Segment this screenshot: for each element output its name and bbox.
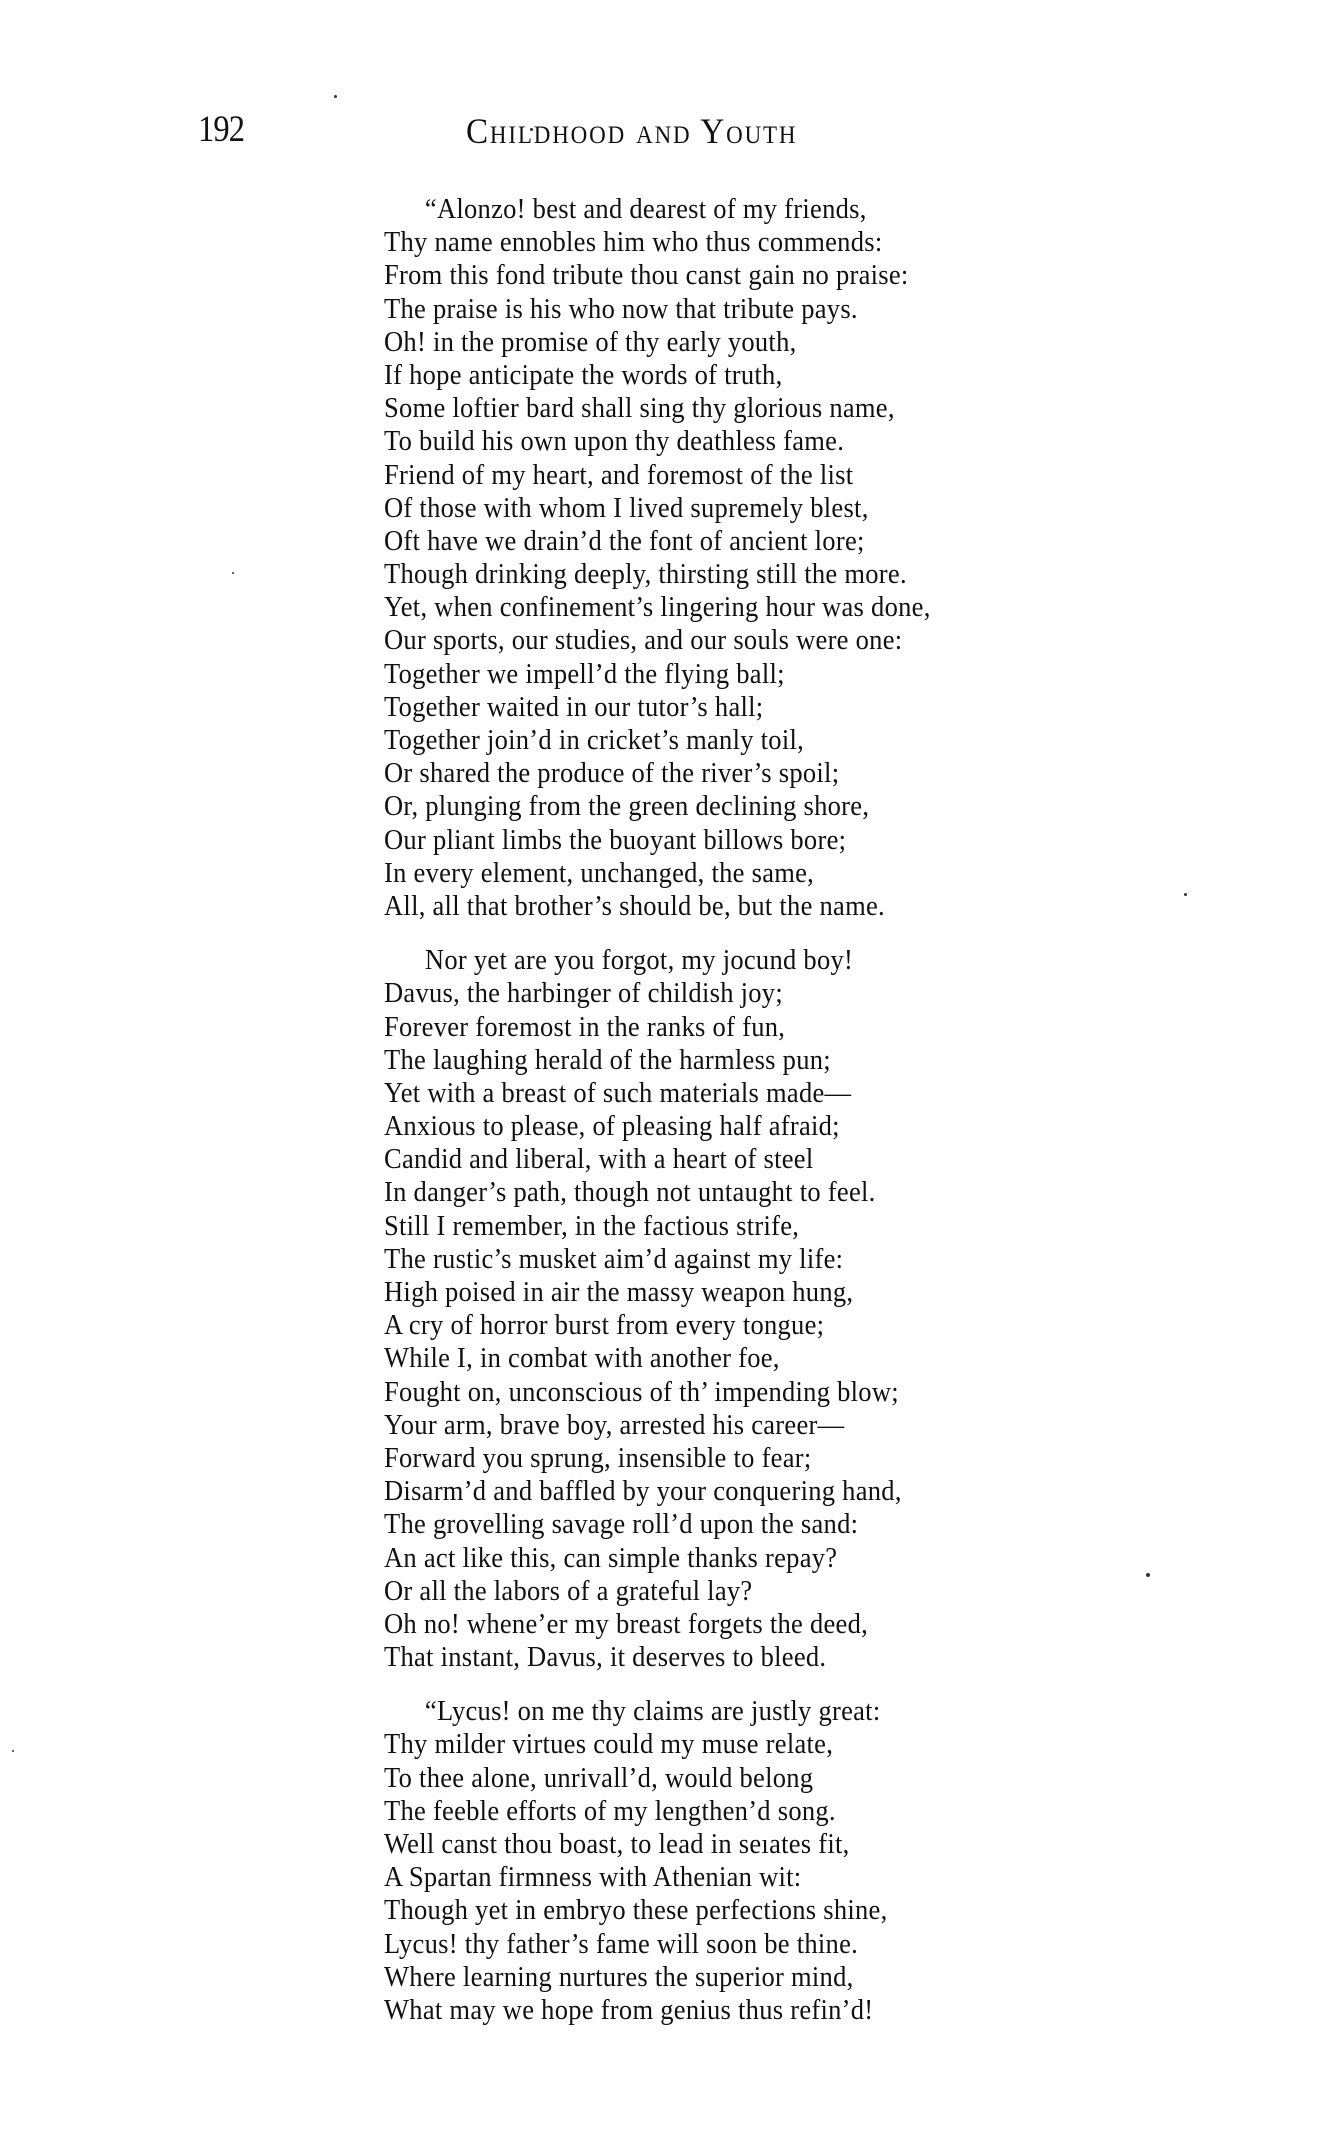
poem-line: The feeble efforts of my lengthen’d song… [384, 1795, 1091, 1828]
poem-line: An act like this, can simple thanks repa… [384, 1542, 1091, 1575]
poem-line: Your arm, brave boy, arrested his career… [384, 1409, 1091, 1442]
poem-line: Our sports, our studies, and our souls w… [384, 624, 1091, 657]
poem-line: Anxious to please, of pleasing half afra… [384, 1110, 1091, 1143]
poem-line: Thy name ennobles him who thus commends: [384, 226, 1091, 259]
poem-line: All, all that brother’s should be, but t… [384, 890, 1091, 923]
running-title: Childhood and Youth [466, 110, 797, 152]
poem-line: What may we hope from genius thus refin’… [384, 1994, 1091, 2027]
poem-line: The grovelling savage roll’d upon the sa… [384, 1508, 1091, 1541]
poem-line: That instant, Davus, it deserves to blee… [384, 1641, 1091, 1674]
poem-line: Oft have we drain’d the font of ancient … [384, 525, 1091, 558]
poem-line: Nor yet are you forgot, my jocund boy! [384, 944, 1091, 977]
poem-line: Yet, when confinement’s lingering hour w… [384, 591, 1091, 624]
poem-line: In danger’s path, though not untaught to… [384, 1176, 1091, 1209]
poem-line: While I, in combat with another foe, [384, 1342, 1091, 1375]
poem-line: Still I remember, in the factious strife… [384, 1210, 1091, 1243]
poem-line: Davus, the harbinger of childish joy; [384, 977, 1091, 1010]
page-number: 192 [198, 108, 244, 151]
poem-line: To thee alone, unrivall’d, would belong [384, 1762, 1091, 1795]
poem-line: Lycus! thy father’s fame will soon be th… [384, 1928, 1091, 1961]
poem-body: “Alonzo! best and dearest of my friends,… [384, 193, 1144, 2048]
poem-line: Yet with a breast of such materials made… [384, 1077, 1091, 1110]
stanza-2: Nor yet are you forgot, my jocund boy!Da… [384, 944, 1144, 1674]
poem-line: Or shared the produce of the river’s spo… [384, 757, 1091, 790]
poem-line: Forever foremost in the ranks of fun, [384, 1011, 1091, 1044]
poem-line: Candid and liberal, with a heart of stee… [384, 1143, 1091, 1176]
poem-line: Fought on, unconscious of th’ impending … [384, 1376, 1091, 1409]
poem-line: Where learning nurtures the superior min… [384, 1961, 1091, 1994]
stanza-1: “Alonzo! best and dearest of my friends,… [384, 193, 1144, 923]
poem-line: Forward you sprung, insensible to fear; [384, 1442, 1091, 1475]
poem-line: Though yet in embryo these perfections s… [384, 1894, 1091, 1927]
poem-line: Together waited in our tutor’s hall; [384, 691, 1091, 724]
poem-line: Thy milder virtues could my muse relate, [384, 1728, 1091, 1761]
scan-speck [12, 1750, 14, 1752]
poem-line: Disarm’d and baffled by your conquering … [384, 1475, 1091, 1508]
poem-line: Or, plunging from the green declining sh… [384, 790, 1091, 823]
poem-line: Friend of my heart, and foremost of the … [384, 459, 1091, 492]
poem-line: High poised in air the massy weapon hung… [384, 1276, 1091, 1309]
scan-speck [530, 128, 533, 131]
poem-line: Some loftier bard shall sing thy gloriou… [384, 392, 1091, 425]
poem-line: From this fond tribute thou canst gain n… [384, 259, 1091, 292]
poem-line: In every element, unchanged, the same, [384, 857, 1091, 890]
poem-line: A Spartan firmness with Athenian wit: [384, 1861, 1091, 1894]
scan-speck [232, 572, 234, 574]
poem-line: Oh no! whene’er my breast forgets the de… [384, 1608, 1091, 1641]
poem-line: Of those with whom I lived supremely ble… [384, 492, 1091, 525]
poem-line: To build his own upon thy deathless fame… [384, 425, 1091, 458]
scan-speck [334, 95, 337, 98]
scan-speck [1146, 1573, 1150, 1577]
poem-line: Though drinking deeply, thirsting still … [384, 558, 1091, 591]
poem-line: The praise is his who now that tribute p… [384, 293, 1091, 326]
poem-line: If hope anticipate the words of truth, [384, 359, 1091, 392]
stanza-3: “Lycus! on me thy claims are justly grea… [384, 1695, 1144, 2027]
poem-line: Well canst thou boast, to lead in seıate… [384, 1828, 1091, 1861]
poem-line: A cry of horror burst from every tongue; [384, 1309, 1091, 1342]
poem-line: Or all the labors of a grateful lay? [384, 1575, 1091, 1608]
poem-line: The laughing herald of the harmless pun; [384, 1044, 1091, 1077]
poem-line: Our pliant limbs the buoyant billows bor… [384, 824, 1091, 857]
scan-speck [1184, 893, 1187, 896]
poem-line: Together we impell’d the flying ball; [384, 658, 1091, 691]
poem-line: “Lycus! on me thy claims are justly grea… [384, 1695, 1091, 1728]
poem-line: The rustic’s musket aim’d against my lif… [384, 1243, 1091, 1276]
poem-line: Oh! in the promise of thy early youth, [384, 326, 1091, 359]
poem-line: Together join’d in cricket’s manly toil, [384, 724, 1091, 757]
poem-line: “Alonzo! best and dearest of my friends, [384, 193, 1091, 226]
